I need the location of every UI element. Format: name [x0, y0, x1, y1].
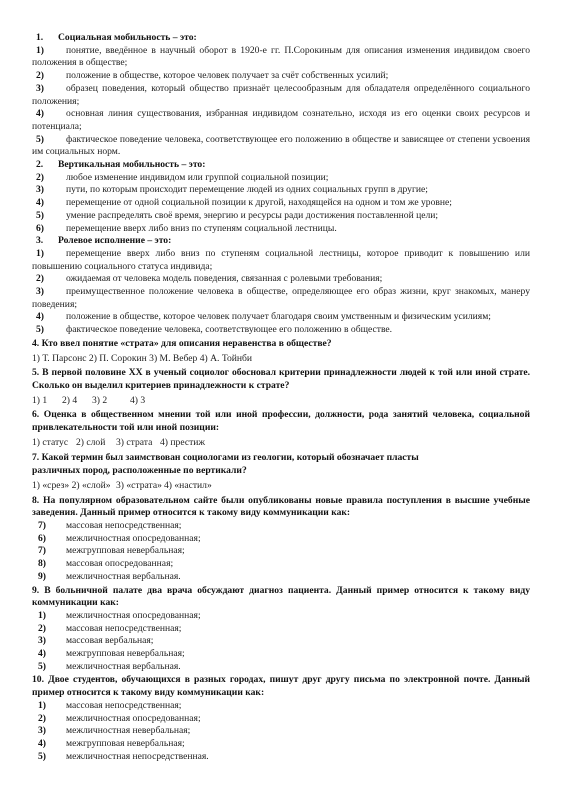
section-number: 2. [32, 159, 58, 172]
option-item: 1)массовая непосредственная; [32, 700, 530, 713]
question-4-answers: 1) Т. Парсонс 2) П. Сорокин 3) М. Вебер … [32, 353, 530, 366]
answer-option: 4) 3 [130, 395, 145, 408]
option-item: 2)ожидаемая от человека модель поведения… [32, 273, 530, 286]
section-number: 1. [32, 32, 58, 45]
section-1-heading: 1. Социальная мобильность – это: [32, 32, 530, 45]
answer-option: 2) 4 [62, 395, 92, 408]
option-item: 4)основная линия существования, избранна… [32, 108, 530, 133]
option-item: 3)массовая вербальная; [32, 635, 530, 648]
question-7-answers: 1) «срез» 2) «слой»3) «страта»4) «настил… [32, 480, 530, 493]
question-7-line-2: различных пород, расположенные по вертик… [32, 465, 530, 478]
option-item: 6)перемещение вверх либо вниз по ступеня… [32, 223, 530, 236]
section-2-heading: 2. Вертикальная мобильность – это: [32, 159, 530, 172]
option-item: 2)межличностная опосредованная; [32, 713, 530, 726]
answer-option: 2) слой [76, 437, 116, 450]
option-item: 1)перемещение вверх либо вниз по ступеня… [32, 248, 530, 273]
answer-option: 3) страта [116, 437, 160, 450]
question-6-answers: 1) статус2) слой3) страта4) престиж [32, 437, 530, 450]
option-item: 3)преимущественное положение человека в … [32, 286, 530, 311]
option-item: 3)образец поведения, который общество пр… [32, 83, 530, 108]
answer-option: 4) престиж [160, 437, 205, 450]
option-item: 5)межличностная вербальная. [32, 661, 530, 674]
option-item: 5)фактическое поведение человека, соотве… [32, 324, 530, 337]
question-5-answers: 1) 12) 43) 24) 3 [32, 395, 530, 408]
option-item: 7)межгрупповая невербальная; [32, 545, 530, 558]
answer-option: 4) «настил» [164, 480, 212, 493]
section-number: 3. [32, 235, 58, 248]
option-item: 2)положение в обществе, которое человек … [32, 70, 530, 83]
option-item: 7)массовая непосредственная; [32, 520, 530, 533]
answer-option: 3) 2 [92, 395, 130, 408]
question-7-line-1: 7. Какой термин был заимствован социолог… [32, 452, 530, 465]
question-8: 8. На популярном образовательном сайте б… [32, 495, 530, 520]
option-item: 1)понятие, введённое в научный оборот в … [32, 45, 530, 70]
option-item: 3)пути, по которым происходит перемещени… [32, 184, 530, 197]
answer-option: 1) статус [32, 437, 76, 450]
option-item: 4)положение в обществе, которое человек … [32, 311, 530, 324]
option-item: 1)межличностная опосредованная; [32, 610, 530, 623]
option-item: 2)массовая непосредственная; [32, 623, 530, 636]
question-4: 4. Кто ввел понятие «страта» для описани… [32, 338, 530, 351]
answer-option: 1) 1 [32, 395, 62, 408]
option-item: 2)любое изменение индивидом или группой … [32, 172, 530, 185]
question-9: 9. В больничной палате два врача обсужда… [32, 585, 530, 610]
question-5: 5. В первой половине XX в ученый социоло… [32, 367, 530, 392]
question-6: 6. Оценка в общественном мнении той или … [32, 409, 530, 434]
answer-option: 3) «страта» [116, 480, 164, 493]
option-item: 4)перемещение от одной социальной позици… [32, 197, 530, 210]
section-title: Вертикальная мобильность – это: [58, 159, 530, 172]
answer-option: 1) «срез» 2) «слой» [32, 480, 116, 493]
section-3-heading: 3. Ролевое исполнение – это: [32, 235, 530, 248]
section-title: Ролевое исполнение – это: [58, 235, 530, 248]
option-item: 9)межличностная вербальная. [32, 571, 530, 584]
option-item: 5)фактическое поведение человека, соотве… [32, 134, 530, 159]
section-title: Социальная мобильность – это: [58, 32, 530, 45]
option-item: 3)межличностная невербальная; [32, 725, 530, 738]
option-item: 5)межличностная непосредственная. [32, 751, 530, 764]
question-10: 10. Двое студентов, обучающихся в разных… [32, 674, 530, 699]
document-page: 1. Социальная мобильность – это: 1)понят… [32, 32, 530, 763]
option-item: 4)межгрупповая невербальная; [32, 738, 530, 751]
option-item: 8)массовая опосредованная; [32, 558, 530, 571]
option-item: 4)межгрупповая невербальная; [32, 648, 530, 661]
option-item: 5)умение распределять своё время, энерги… [32, 210, 530, 223]
option-item: 6)межличностная опосредованная; [32, 533, 530, 546]
